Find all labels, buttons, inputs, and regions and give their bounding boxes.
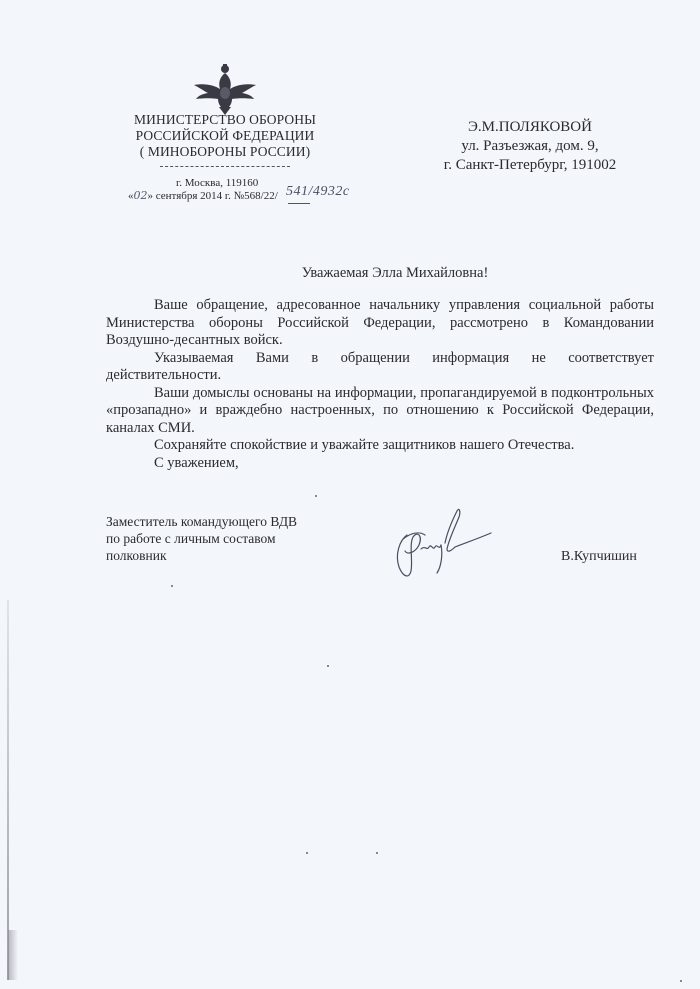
paragraph: Указываемая Вами в обращении информация …	[106, 350, 654, 385]
letter-body: Ваше обращение, адресованное начальнику …	[106, 297, 654, 472]
scan-speck	[376, 852, 378, 854]
signer-name: В.Купчишин	[561, 549, 637, 565]
recipient-address: Э.М.ПОЛЯКОВОЙ ул. Разъезжая, дом. 9, г. …	[410, 118, 650, 175]
ministry-line: ( МИНОБОРОНЫ РОССИИ)	[120, 144, 330, 160]
letterhead-divider	[160, 166, 290, 167]
handwritten-registration-number: 541/4932с	[286, 184, 350, 200]
position-line: Заместитель командующего ВДВ	[106, 513, 297, 530]
paragraph: Ваше обращение, адресованное начальнику …	[106, 297, 654, 350]
salutation: Уважаемая Элла Михайловна!	[0, 265, 700, 282]
scan-speck	[327, 665, 329, 667]
ministry-line: РОССИЙСКОЙ ФЕДЕРАЦИИ	[120, 128, 330, 144]
eagle-emblem-icon	[190, 63, 260, 115]
letter-page: МИНИСТЕРСТВО ОБОРОНЫ РОССИЙСКОЙ ФЕДЕРАЦИ…	[0, 0, 700, 989]
date-and-number: » сентября 2014 г. №568/22/	[148, 190, 278, 202]
paragraph: Сохраняйте спокойствие и уважайте защитн…	[106, 437, 654, 455]
scan-edge-shadow	[8, 930, 18, 980]
date-handwritten-day: 02	[134, 189, 148, 202]
scan-speck	[315, 495, 317, 497]
paragraph: Ваши домыслы основаны на информации, про…	[106, 385, 654, 438]
recipient-city: г. Санкт-Петербург, 191002	[410, 156, 650, 175]
recipient-street: ул. Разъезжая, дом. 9,	[410, 137, 650, 156]
ministry-name: МИНИСТЕРСТВО ОБОРОНЫ РОССИЙСКОЙ ФЕДЕРАЦИ…	[120, 112, 330, 160]
document-date: «02» сентября 2014 г. №568/22/	[128, 189, 278, 202]
position-line: по работе с личным составом	[106, 530, 297, 547]
signer-position: Заместитель командующего ВДВ по работе с…	[106, 513, 297, 564]
closing: С уважением,	[106, 455, 654, 473]
sender-city: г. Москва, 119160	[176, 177, 258, 189]
position-line: полковник	[106, 547, 297, 564]
scan-speck	[306, 852, 308, 854]
scan-speck	[171, 585, 173, 587]
recipient-name: Э.М.ПОЛЯКОВОЙ	[410, 118, 650, 137]
ministry-line: МИНИСТЕРСТВО ОБОРОНЫ	[120, 112, 330, 128]
scan-speck	[680, 980, 682, 982]
handwritten-underline	[288, 203, 310, 204]
handwritten-signature-icon	[385, 505, 495, 585]
scan-edge-artifact	[7, 600, 9, 980]
